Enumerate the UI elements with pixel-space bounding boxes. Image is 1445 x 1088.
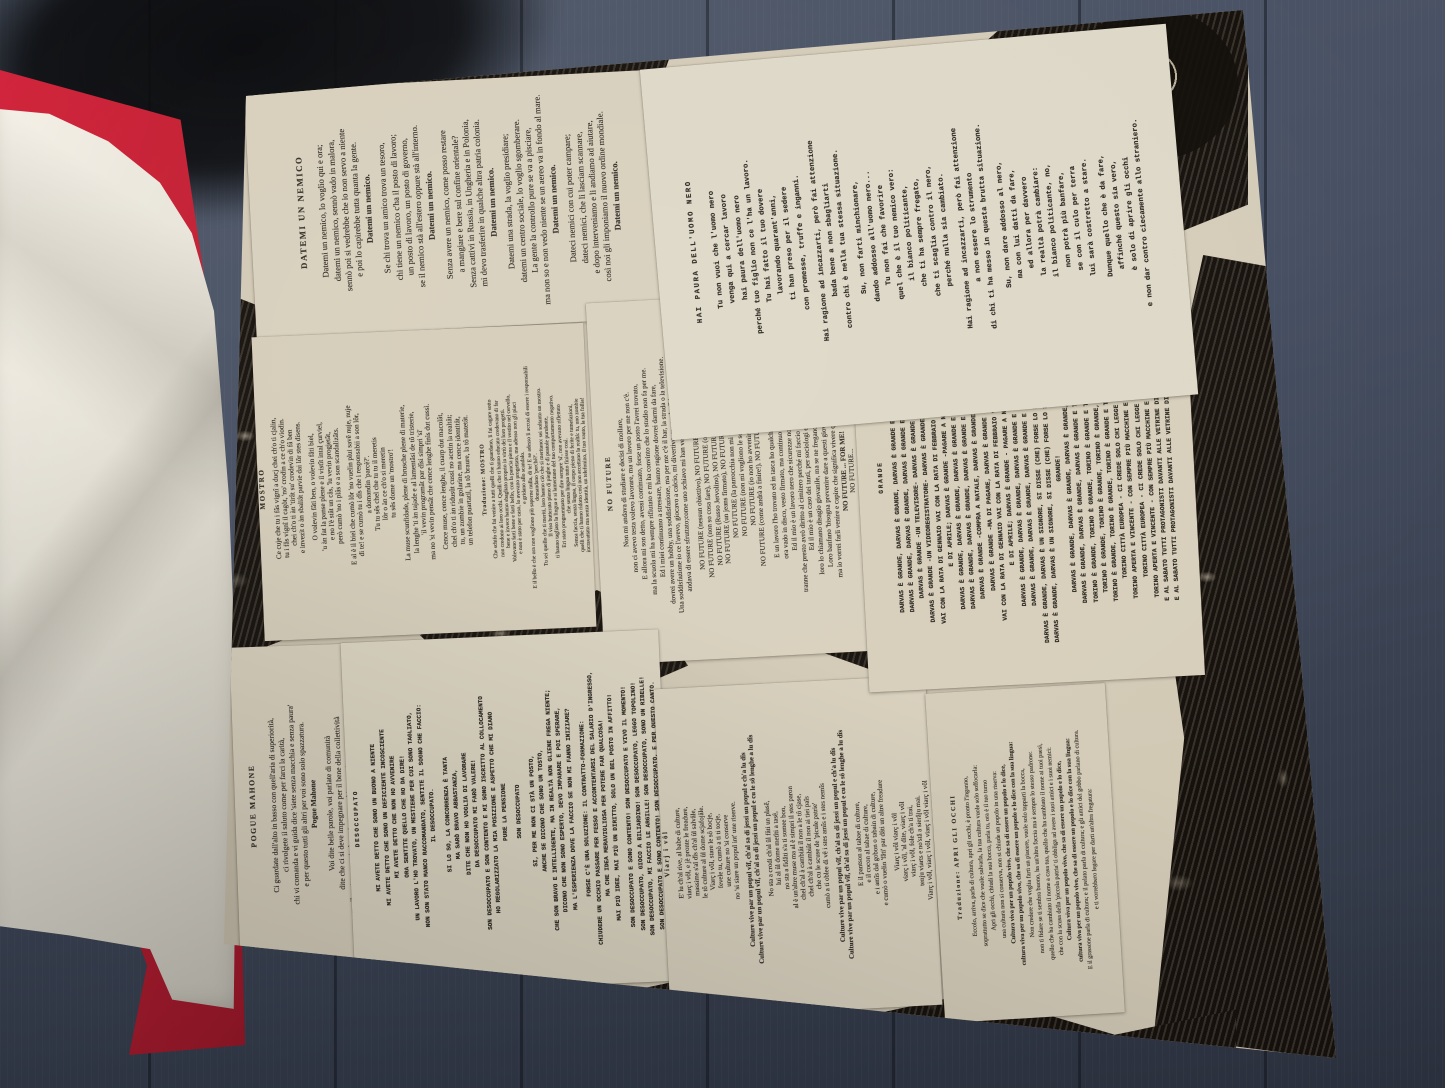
lyrics-panel-desoccupato: DESOCCUPATOMI AVETE DETTO CHE SONO UN BU… [340, 629, 673, 995]
photo-of-record-insert: DATEMI UN NEMICODatemi un nemico, lo vog… [0, 0, 1445, 1088]
lyrics-panel-datemi: DATEMI UN NEMICODatemi un nemico, lo vog… [244, 69, 674, 339]
lyrics-panel-viarj: Viarj i vôlE' lu ch'al rive, al babe di … [654, 675, 943, 1019]
lyrics-panel-mostro: MOSTROCe cuje che tu i fâs vignî a ducj … [252, 323, 597, 641]
lyrics-panel-haipaura: HAI PAURA DELL'UOMO NEROTu non vuoi che … [640, 24, 1198, 441]
lyrics-panel-apri: Traduzione: APRI GLI OCCHIEccolo, arriva… [925, 683, 1125, 1023]
